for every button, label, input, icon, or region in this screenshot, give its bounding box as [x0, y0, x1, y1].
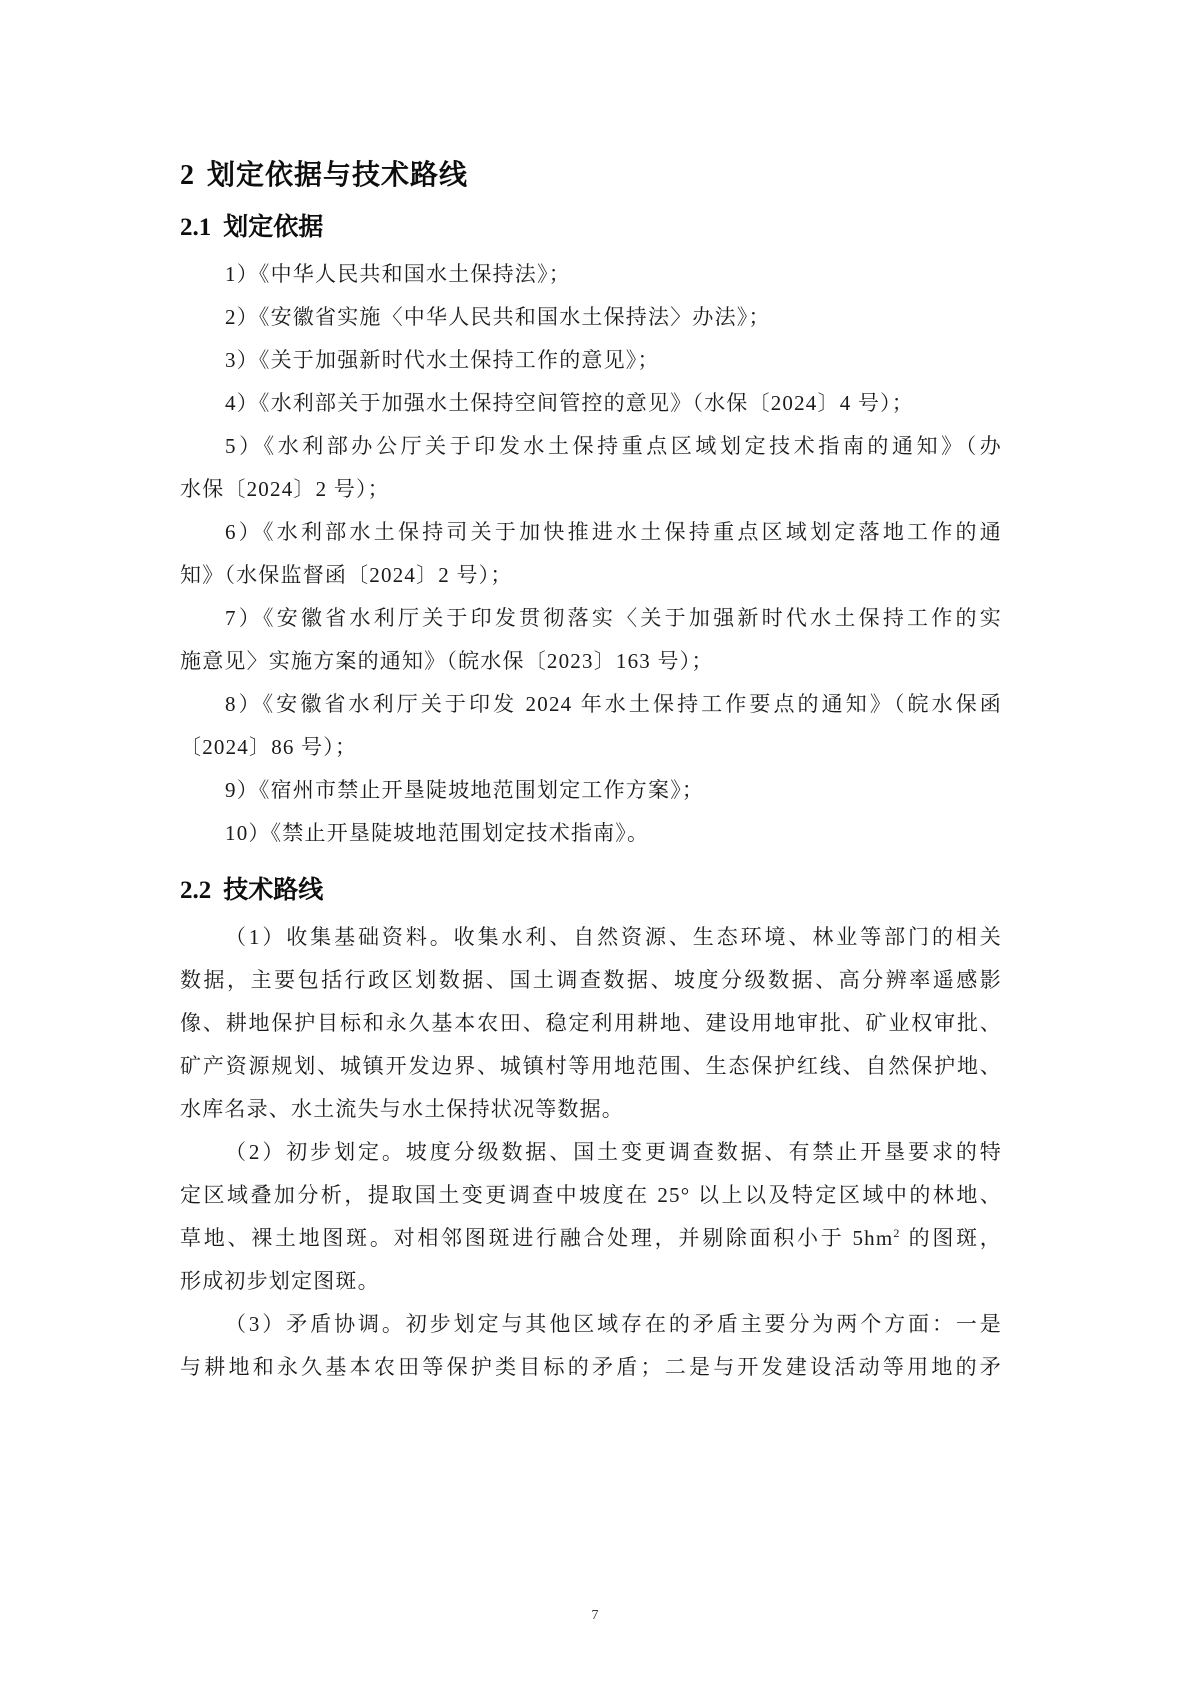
section-heading-2-2: 2.2技术路线 [180, 870, 323, 906]
paragraph-2-line-1: （2）初步划定。坡度分级数据、国土变更调查数据、有禁止开垦要求的特 [225, 1138, 1002, 1166]
reference-item-4: 4）《水利部关于加强水土保持空间管控的意见》（水保〔2024〕4 号）； [225, 389, 914, 417]
chapter-title: 划定依据与技术路线 [207, 160, 468, 191]
paragraph-2-line-4: 形成初步划定图斑。 [180, 1267, 380, 1295]
reference-item-3: 3）《关于加强新时代水土保持工作的意见》； [225, 346, 660, 374]
reference-item-2: 2）《安徽省实施〈中华人民共和国水土保持法〉办法》； [225, 303, 771, 331]
paragraph-1-line-5: 水库名录、水土流失与水土保持状况等数据。 [180, 1095, 624, 1123]
reference-item-1: 1）《中华人民共和国水土保持法》； [225, 260, 571, 288]
document-page: 2划定依据与技术路线 2.1划定依据 1）《中华人民共和国水土保持法》； 2）《… [0, 0, 1190, 1683]
section-title: 划定依据 [223, 214, 323, 241]
chapter-heading: 2划定依据与技术路线 [180, 153, 468, 193]
paragraph-2-line-2: 定区域叠加分析，提取国土变更调查中坡度在 25° 以上以及特定区域中的林地、 [180, 1181, 1002, 1209]
reference-item-6-line-1: 6）《水利部水土保持司关于加快推进水土保持重点区域划定落地工作的通 [225, 518, 1002, 546]
section-heading-2-1: 2.1划定依据 [180, 207, 323, 243]
paragraph-3-line-2: 与耕地和永久基本农田等保护类目标的矛盾；二是与开发建设活动等用地的矛 [180, 1353, 1002, 1381]
paragraph-1-line-3: 像、耕地保护目标和永久基本农田、稳定利用耕地、建设用地审批、矿业权审批、 [180, 1009, 1002, 1037]
page-number: 7 [0, 1608, 1190, 1624]
chapter-number: 2 [180, 160, 195, 191]
paragraph-1-line-2: 数据，主要包括行政区划数据、国土调查数据、坡度分级数据、高分辨率遥感影 [180, 966, 1002, 994]
reference-item-9: 9）《宿州市禁止开垦陡坡地范围划定工作方案》； [225, 776, 704, 804]
reference-item-5-line-2: 水保〔2024〕2 号）； [180, 475, 390, 503]
reference-item-6-line-2: 知》（水保监督函〔2024〕2 号）； [180, 561, 513, 589]
paragraph-2-line-3-text: 草地、裸土地图斑。对相邻图斑进行融合处理，并剔除面积小于 5hm [180, 1226, 893, 1250]
paragraph-2-line-3: 草地、裸土地图斑。对相邻图斑进行融合处理，并剔除面积小于 5hm2 的图斑， [180, 1224, 1002, 1252]
reference-item-7-line-1: 7）《安徽省水利厅关于印发贯彻落实〈关于加强新时代水土保持工作的实 [225, 604, 1002, 632]
reference-item-7-line-2: 施意见〉实施方案的通知》（皖水保〔2023〕163 号）； [180, 647, 714, 675]
paragraph-3-line-1: （3）矛盾协调。初步划定与其他区域存在的矛盾主要分为两个方面：一是 [225, 1310, 1002, 1338]
superscript-2: 2 [893, 1226, 900, 1240]
paragraph-2-line-3-tail: 的图斑， [901, 1226, 1002, 1250]
paragraph-1-line-4: 矿产资源规划、城镇开发边界、城镇村等用地范围、生态保护红线、自然保护地、 [180, 1052, 1002, 1080]
section-number: 2.1 [180, 214, 211, 241]
reference-item-8-line-1: 8）《安徽省水利厅关于印发 2024 年水土保持工作要点的通知》（皖水保函 [225, 690, 1002, 718]
reference-item-10: 10）《禁止开垦陡坡地范围划定技术指南》。 [225, 819, 649, 847]
reference-item-5-line-1: 5）《水利部办公厅关于印发水土保持重点区域划定技术指南的通知》（办 [225, 432, 1002, 460]
paragraph-1-line-1: （1）收集基础资料。收集水利、自然资源、生态环境、林业等部门的相关 [225, 923, 1002, 951]
section-title: 技术路线 [223, 877, 323, 904]
section-number: 2.2 [180, 877, 211, 904]
reference-item-8-line-2: 〔2024〕86 号）； [180, 733, 357, 761]
